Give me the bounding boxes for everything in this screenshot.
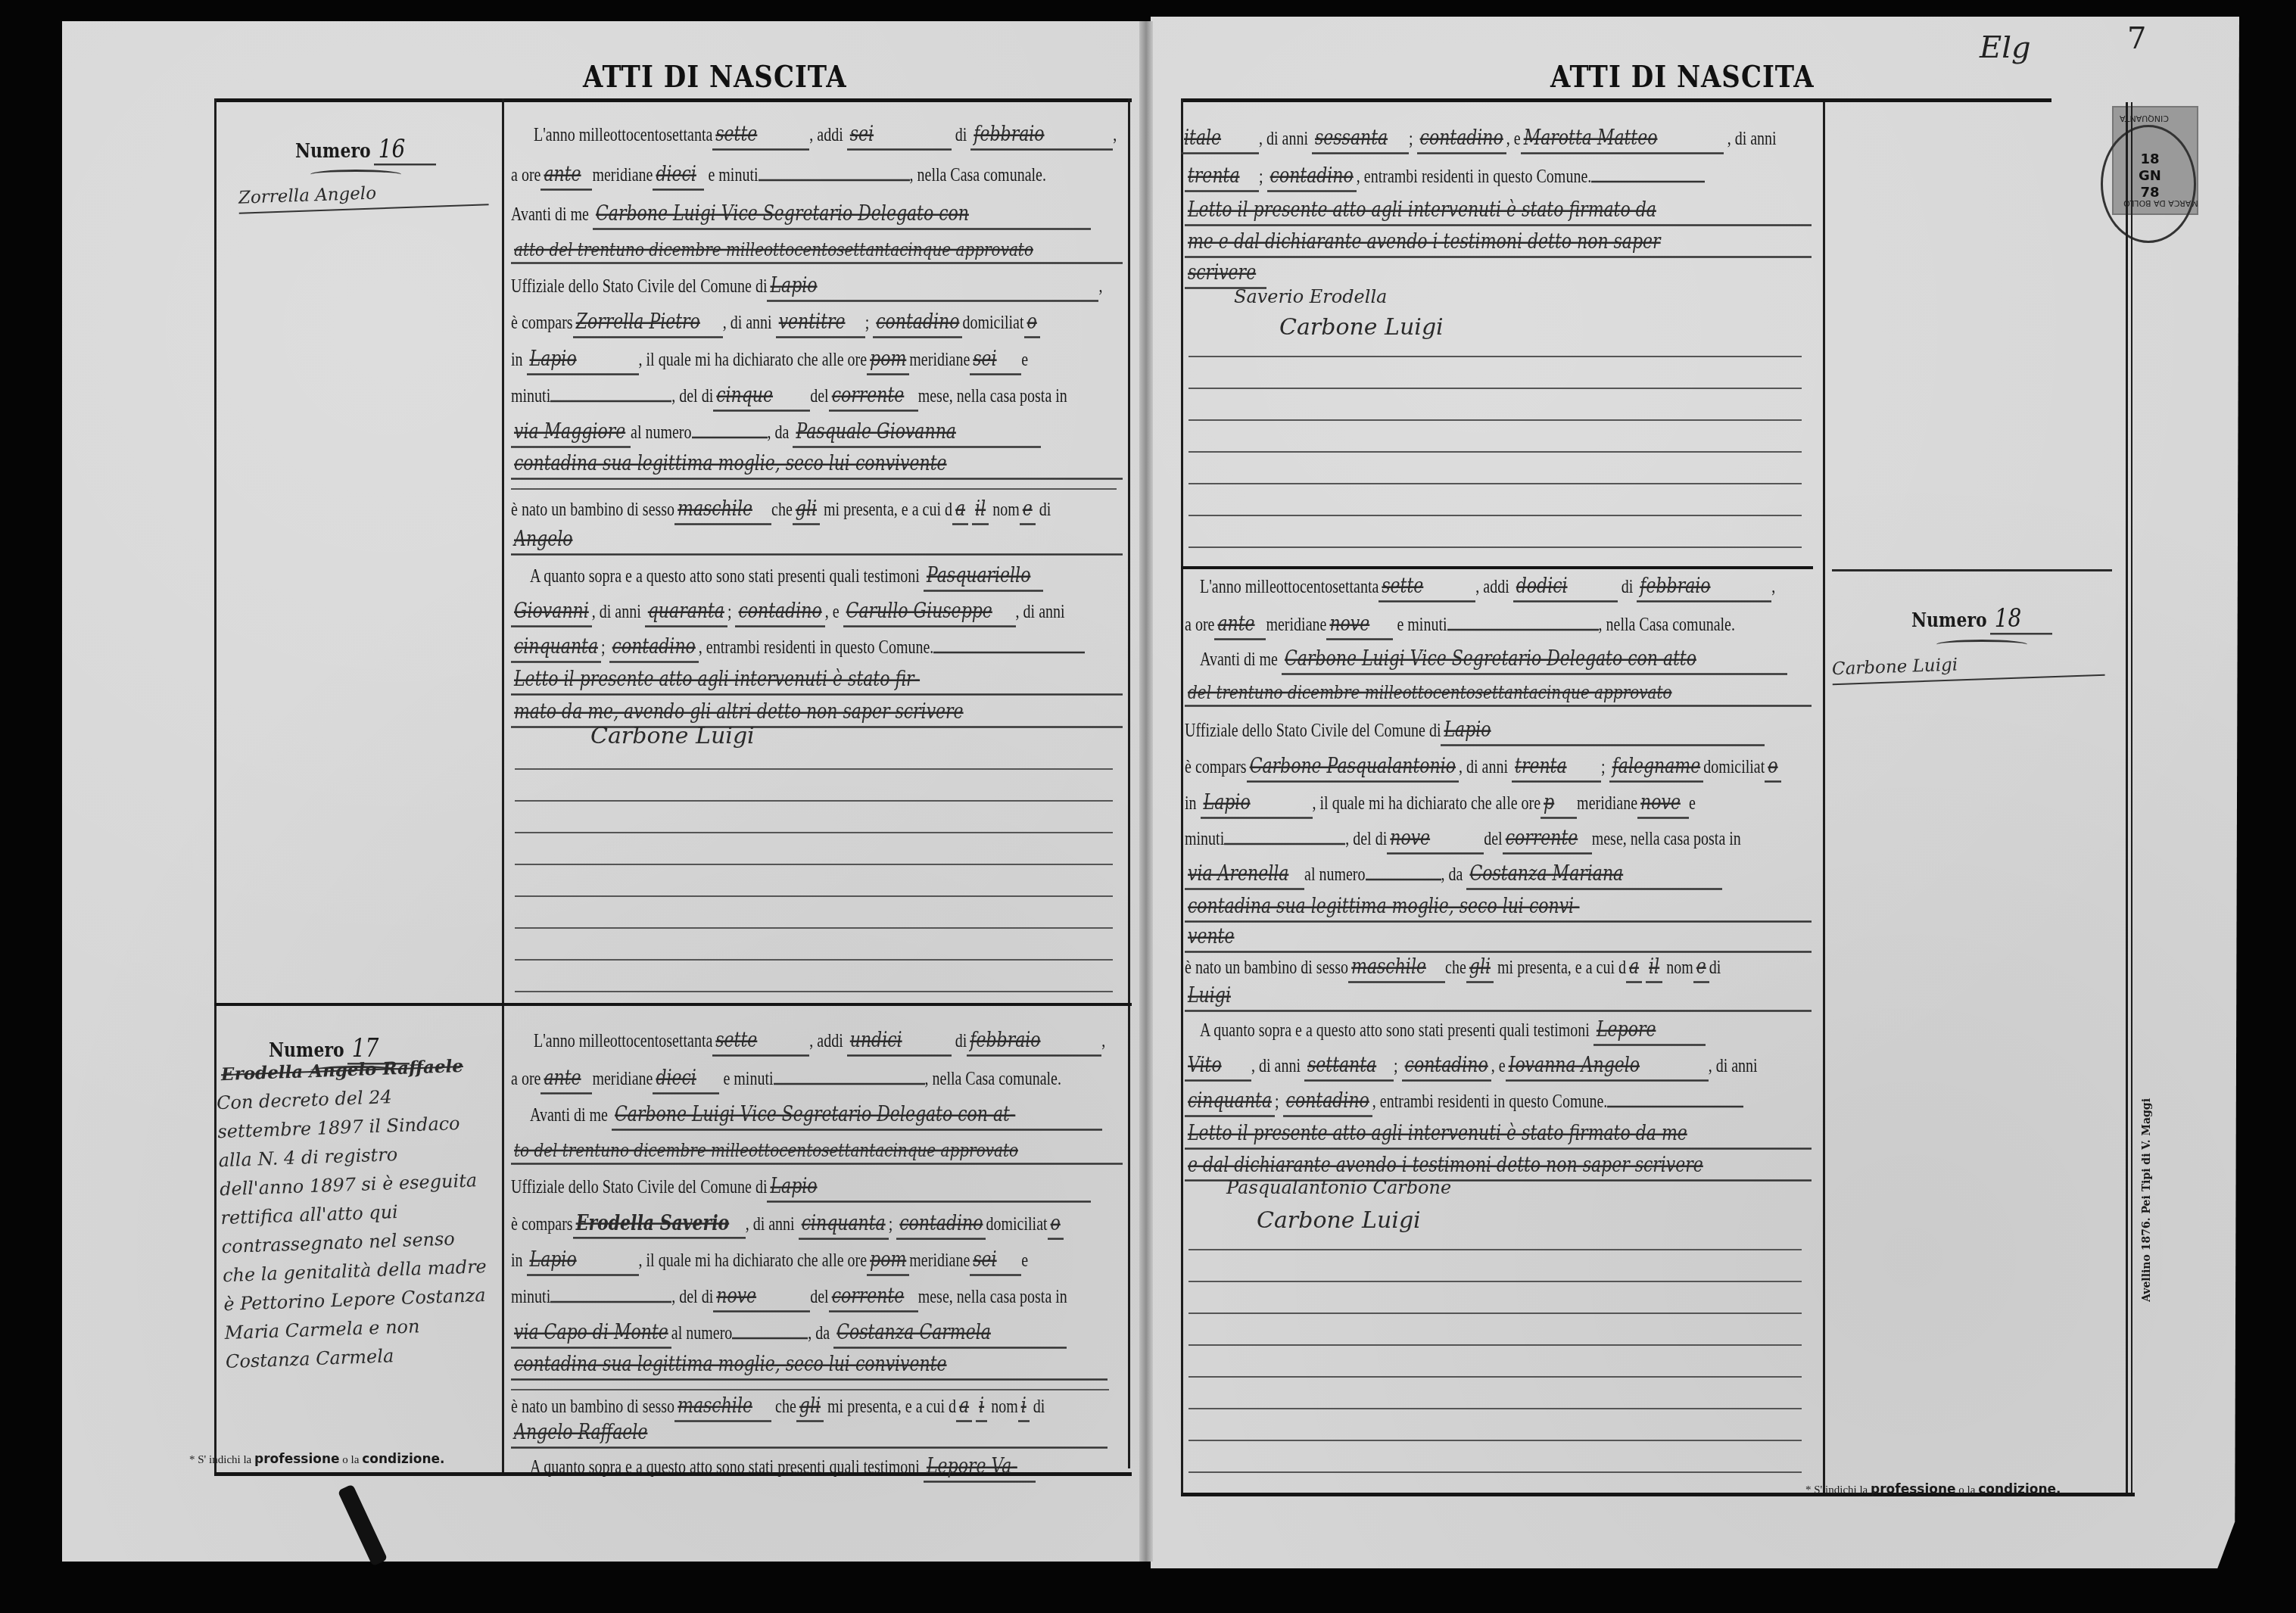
entry-16-number: Numero16	[295, 134, 436, 166]
swash-ornament	[310, 170, 401, 179]
entry-18-number: Numero18	[1911, 603, 2052, 635]
column-divider-left	[502, 98, 504, 1476]
e16-closing-1: Letto il presente atto agli intervenuti …	[511, 667, 1123, 696]
blank-ruled-line	[1188, 1249, 1802, 1250]
blank-ruled-line	[515, 895, 1113, 897]
blank-ruled-line	[1188, 1376, 1802, 1378]
e17-closing-1: Letto il presente atto agli intervenuti …	[1185, 198, 1812, 226]
left-border	[214, 98, 217, 1476]
top-rule-left	[214, 98, 1132, 102]
e18-line-street: via Arenellaal numero, da Costanza Maria…	[1185, 861, 1722, 890]
e16-line-anno: L'anno milleottocentosettantasette, addi…	[534, 122, 1117, 151]
outer-border-right	[2126, 102, 2128, 1495]
e18-line-mother2: contadina sua legittima moglie, seco lui…	[1185, 894, 1812, 923]
e16-line-residenti: cinquanta; contadino, entrambi residenti…	[511, 634, 1085, 663]
e17-line-nato: è nato un bambino di sessomaschile chegl…	[511, 1393, 1045, 1422]
column-divider-right	[1823, 102, 1825, 1495]
e16-line-officer2: atto del trentuno dicembre milleottocent…	[511, 235, 1123, 264]
e18-line-ufficiale: Uffiziale dello Stato Civile del Comune …	[1185, 718, 1765, 746]
e16-line-mother2: contadina sua legittima moglie, seco lui…	[511, 451, 1123, 480]
e17-closing-3: scrivere	[1185, 260, 1266, 289]
blank-ruled-line	[1188, 483, 1802, 484]
e18-line-testimoni: A quanto sopra e a questo atto sono stat…	[1200, 1017, 1706, 1046]
e16-line-nato: è nato un bambino di sessomaschilechegli…	[511, 497, 1051, 525]
e17-line-minuti: minuti, del dinovedelcorrentemese, nella…	[511, 1284, 1067, 1313]
printer-imprint: Avellino 1876. Pei Tipi di V. Maggi	[2141, 1098, 2153, 1302]
blank-ruled-line	[515, 832, 1113, 833]
e16-signature: Carbone Luigi	[590, 723, 755, 749]
e17-line-given-name: Angelo Raffaele	[511, 1420, 1108, 1449]
blank-ruled-line	[1188, 546, 1802, 548]
left-border-right-page	[1181, 98, 1183, 1495]
e17-line-street: via Capo di Monteal numero, da Costanza …	[511, 1320, 1067, 1349]
e18-line-avanti: Avanti di me Carbone Luigi Vice Segretar…	[1200, 646, 1787, 675]
blank-line	[511, 1389, 1109, 1390]
entry-17-margin-annotation: Con decreto del 24 settembre 1897 il Sin…	[216, 1079, 494, 1376]
entry-separator-left	[214, 1003, 1132, 1006]
blank-ruled-line	[1188, 1471, 1802, 1473]
blank-ruled-line	[1188, 388, 1802, 389]
blank-ruled-line	[1188, 1281, 1802, 1282]
e16-line-residence: in Lapio, il quale mi ha dichiarato che …	[511, 347, 1028, 375]
outer-border-right-double	[2131, 102, 2132, 1495]
e17-line-mother2: contadina sua legittima moglie, seco lui…	[511, 1352, 1108, 1381]
blank-ruled-line	[515, 927, 1113, 929]
e18-declarant-signature: Pasqualantonio Carbone	[1226, 1177, 1451, 1198]
blank-ruled-line	[515, 768, 1113, 770]
e18-line-residence: in Lapio, il quale mi ha dichiarato che …	[1185, 790, 1696, 819]
entry-separator-right	[1181, 566, 1813, 569]
e17-cont-witness: itale, di anni sessanta; contadino, eMar…	[1181, 126, 1777, 154]
blank-ruled-line	[1188, 1344, 1802, 1346]
e17-line-anno: L'anno milleottocentosettantasette, addi…	[534, 1028, 1105, 1057]
blank-ruled-line	[515, 959, 1113, 961]
e18-line-mother3: vente	[1185, 924, 1812, 953]
e18-line-given-name: Luigi	[1185, 983, 1812, 1012]
stamp-cancel-date: 18 GN 78	[2127, 151, 2173, 201]
e18-signature: Carbone Luigi	[1257, 1207, 1421, 1234]
blank-ruled-line	[1188, 451, 1802, 453]
e17-line-residence: in Lapio, il quale mi ha dichiarato che …	[511, 1247, 1028, 1276]
e16-line-comparso: è comparsZorrella Pietro, di anni ventit…	[511, 310, 1040, 338]
page-title-right: ATTI DI NASCITA	[1550, 60, 1815, 95]
e16-line-testimoni: A quanto sopra e a questo atto sono stat…	[530, 563, 1043, 592]
e17-line-testimoni: A quanto sopra e a questo atto sono stat…	[530, 1454, 1036, 1483]
blank-line	[511, 488, 1117, 490]
blank-ruled-line	[1188, 515, 1802, 516]
e16-line-ufficiale: Uffiziale dello Stato Civile del Comune …	[511, 273, 1102, 302]
e18-line-ora: a oreantemeridianenove e minuti, nella C…	[1185, 612, 1735, 640]
e18-line-officer2: del trentuno dicembre milleottocentosett…	[1185, 678, 1812, 707]
e16-line-ora: a oreantemeridianedieci e minuti, nella …	[511, 162, 1046, 191]
blank-ruled-line	[1188, 1440, 1802, 1441]
e17-line-avanti: Avanti di me Carbone Luigi Vice Segretar…	[530, 1102, 1102, 1131]
right-border-left-page	[1128, 98, 1130, 1468]
page-title-left: ATTI DI NASCITA	[583, 60, 847, 95]
folio-number: 7	[2127, 21, 2146, 56]
e18-line-nato: è nato un bambino di sessomaschilechegli…	[1185, 954, 1721, 983]
e18-line-residenti: cinquanta; contadino, entrambi residenti…	[1185, 1088, 1743, 1117]
blank-ruled-line	[515, 991, 1113, 992]
folio-initials: Elg	[1980, 30, 2031, 65]
blank-ruled-line	[1188, 1408, 1802, 1409]
e16-line-avanti: Avanti di me Carbone Luigi Vice Segretar…	[511, 201, 1091, 230]
e17-line-ufficiale: Uffiziale dello Stato Civile del Comune …	[511, 1174, 1091, 1203]
footnote-right: * S' indichi la professione o la condizi…	[1805, 1482, 2061, 1497]
e18-line-minuti: minuti, del dinovedelcorrentemese, nella…	[1185, 826, 1741, 855]
entry-separator-margin	[1832, 569, 2112, 571]
swash-ornament	[1936, 640, 2027, 649]
e16-line-street: via Maggioreal numero, da Pasquale Giova…	[511, 419, 1041, 448]
e17-line-comparso: è comparsErodella Saverio, di anni cinqu…	[511, 1210, 1064, 1240]
book-gutter	[1139, 21, 1153, 1562]
e18-line-anno: L'anno milleottocentosettantasette, addi…	[1200, 574, 1775, 603]
e17-declarant-signature: Saverio Erodella	[1234, 286, 1387, 307]
e17-cont-residenti: trenta; contadino, entrambi residenti in…	[1185, 163, 1705, 192]
blank-ruled-line	[1188, 1313, 1802, 1314]
blank-ruled-line	[515, 864, 1113, 865]
e17-closing-2: me e dal dichiarante avendo i testimoni …	[1185, 229, 1812, 258]
top-rule-right	[1181, 98, 2051, 102]
e16-line-minuti: minuti, del dicinquedelcorrentemese, nel…	[511, 383, 1067, 412]
e17-signature: Carbone Luigi	[1279, 314, 1444, 341]
e16-line-given-name: Angelo	[511, 527, 1123, 556]
e18-closing-1: Letto il presente atto agli intervenuti …	[1185, 1121, 1812, 1150]
e17-line-officer2: to del trentuno dicembre milleottocentos…	[511, 1136, 1123, 1165]
e18-line-witnesses: Vito, di anni settanta; contadino, eIova…	[1185, 1053, 1758, 1082]
blank-ruled-line	[515, 800, 1113, 802]
blank-ruled-line	[1188, 356, 1802, 357]
footnote-left: * S' indichi la professione o la condizi…	[189, 1452, 445, 1467]
e17-line-ora: a oreantemeridianedieci e minuti, nella …	[511, 1066, 1061, 1095]
e18-line-comparso: è comparsCarbone Pasqualantonio, di anni…	[1185, 754, 1781, 783]
e16-line-witnesses: Giovanni, di anni quaranta; contadino, e…	[511, 599, 1065, 627]
blank-ruled-line	[1188, 419, 1802, 421]
